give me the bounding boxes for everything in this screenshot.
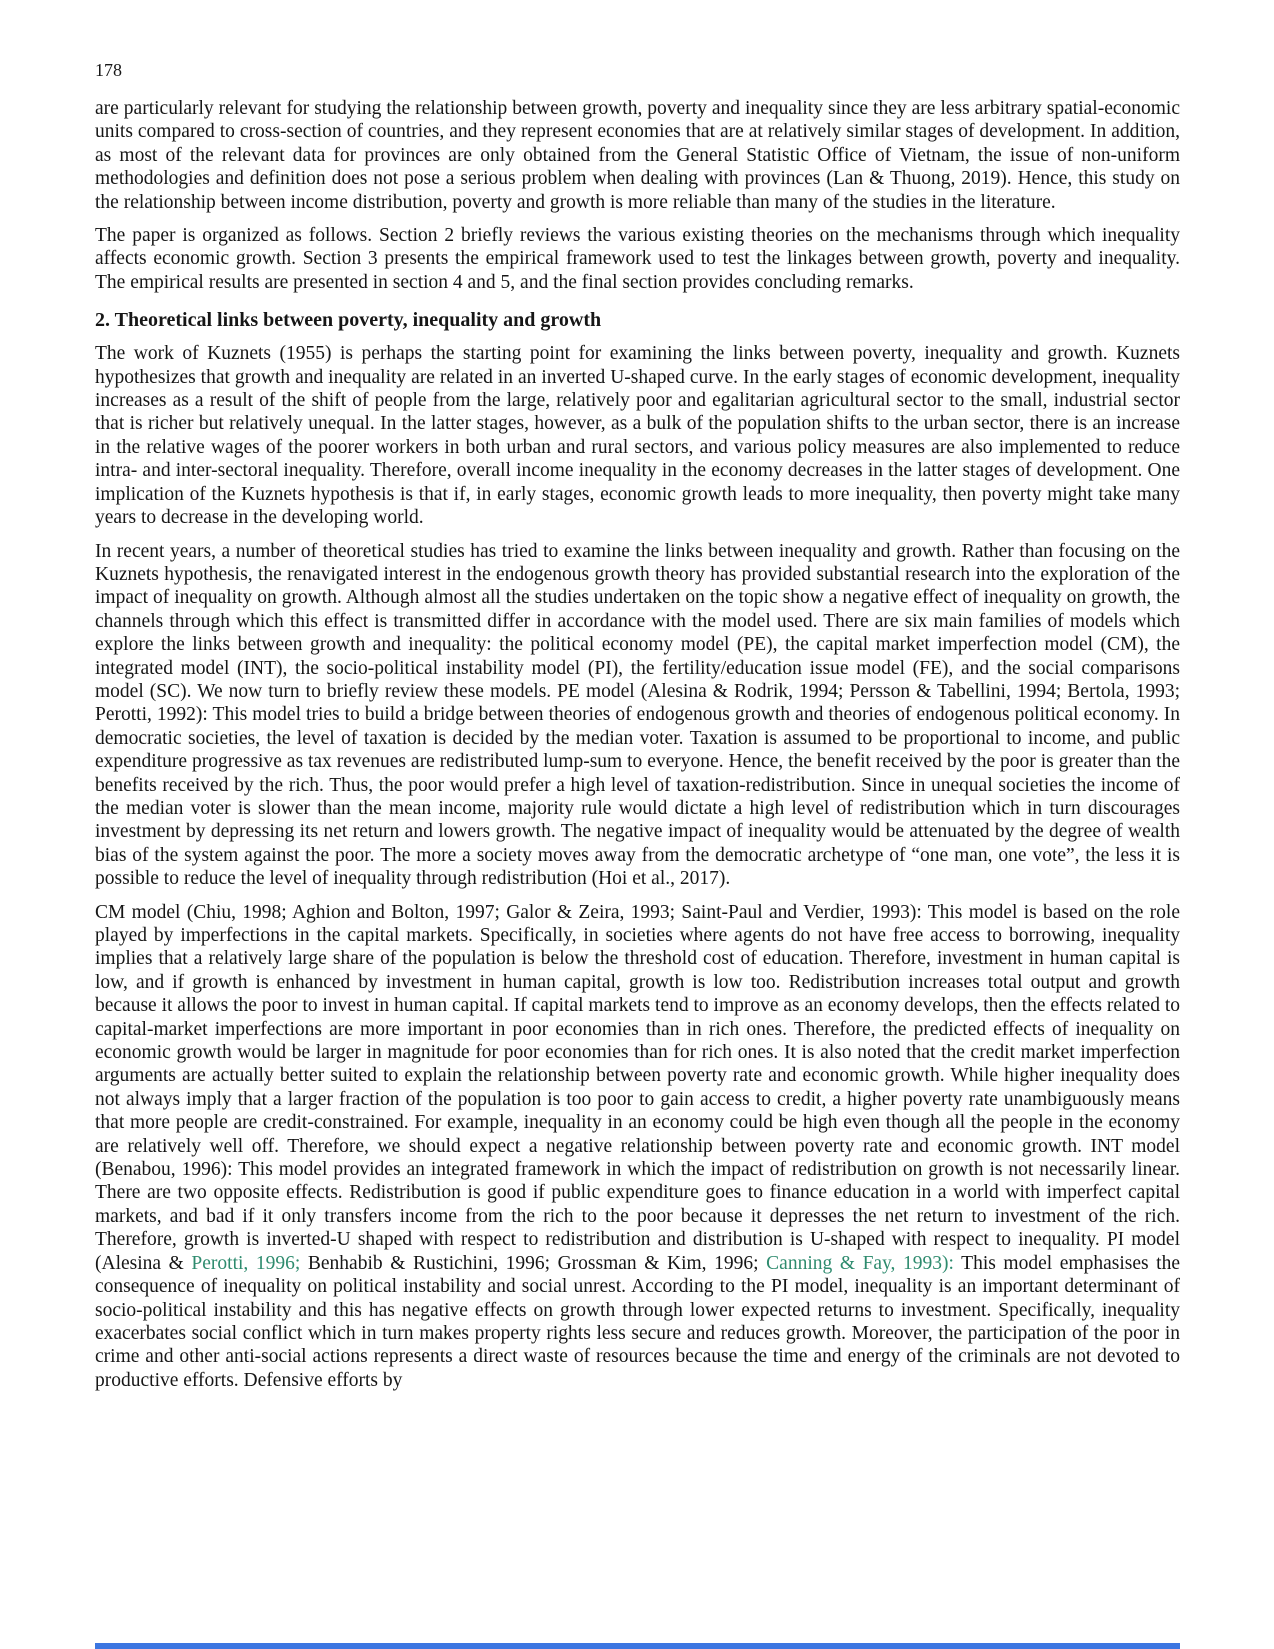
paragraph-cm-int-pi: CM model (Chiu, 1998; Aghion and Bolton,…	[95, 901, 1180, 1393]
paragraph-structure: The paper is organized as follows. Secti…	[95, 224, 1180, 294]
text-segment: Benhabib & Rustichini, 1996; Grossman & …	[300, 1253, 766, 1274]
page-number: 178	[95, 60, 1180, 80]
citation-canning-fay-1993[interactable]: Canning & Fay, 1993):	[766, 1253, 954, 1274]
paragraph-models: In recent years, a number of theoretical…	[95, 540, 1180, 891]
paragraph-intro: are particularly relevant for studying t…	[95, 97, 1180, 214]
text-segment: CM model (Chiu, 1998; Aghion and Bolton,…	[95, 902, 1180, 1274]
paper-page: 178 are particularly relevant for studyi…	[0, 0, 1274, 1649]
section-heading: 2. Theoretical links between poverty, in…	[95, 308, 1180, 332]
paragraph-kuznets: The work of Kuznets (1955) is perhaps th…	[95, 342, 1180, 529]
bottom-blue-bar	[95, 1643, 1180, 1649]
citation-perotti-1996[interactable]: Perotti, 1996;	[191, 1253, 300, 1274]
